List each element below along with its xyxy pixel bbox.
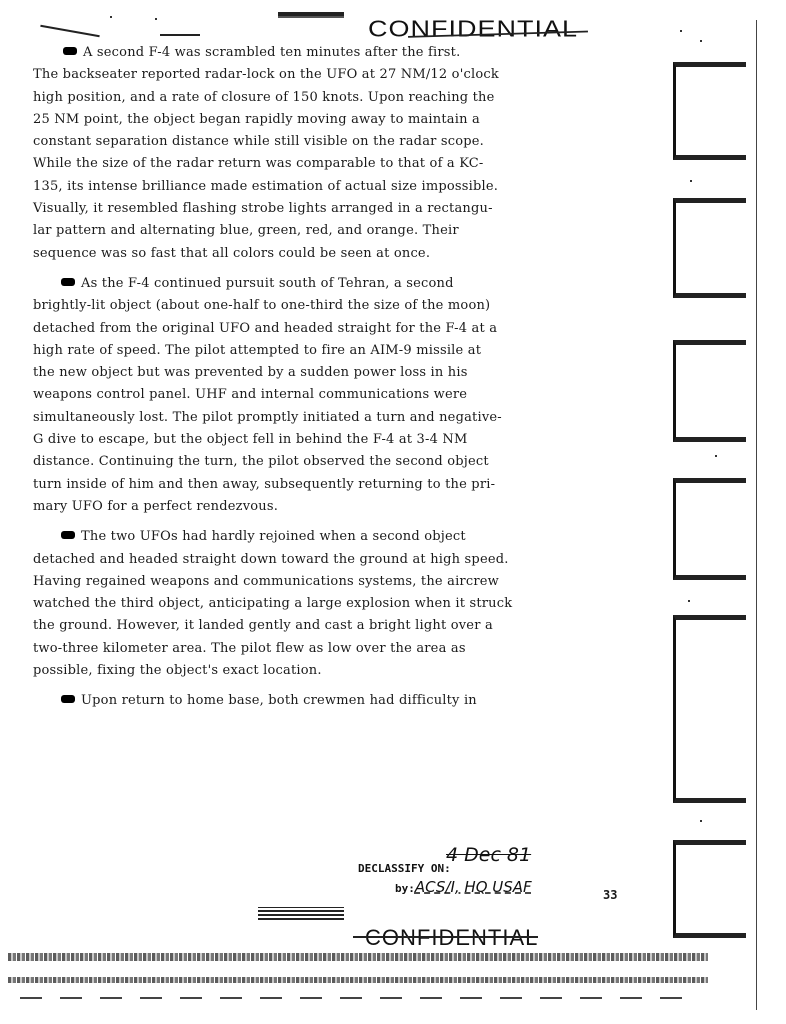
declassify-label: DECLASSIFY ON:: [358, 862, 451, 875]
margin-film-frame: [673, 62, 746, 160]
text-line: 135, its intense brilliance made estimat…: [33, 176, 573, 198]
text-line: simultaneously lost. The pilot promptly …: [33, 407, 573, 429]
text-line: high position, and a rate of closure of …: [33, 87, 573, 109]
text-line: The two UFOs had hardly rejoined when a …: [33, 526, 573, 548]
scan-speck: [715, 455, 717, 457]
text-line: The backseater reported radar-lock on th…: [33, 64, 573, 86]
redacted-header-marking: [278, 12, 344, 16]
scan-speck: [110, 16, 112, 18]
redaction-mark-icon: [61, 531, 75, 539]
text-line: 25 NM point, the object began rapidly mo…: [33, 109, 573, 131]
margin-film-frame: [673, 478, 746, 580]
paragraph-2: As the F-4 continued pursuit south of Te…: [33, 273, 573, 518]
margin-film-frame: [673, 198, 746, 298]
text-line: distance. Continuing the turn, the pilot…: [33, 451, 573, 473]
text-line: weapons control panel. UHF and internal …: [33, 384, 573, 406]
paragraph-3: The two UFOs had hardly rejoined when a …: [33, 526, 573, 682]
paragraph-4: Upon return to home base, both crewmen h…: [33, 690, 573, 712]
handwritten-authority: ACS/I, HQ USAF: [415, 878, 532, 896]
text-line: Upon return to home base, both crewmen h…: [33, 690, 573, 712]
margin-film-frame: [673, 615, 746, 803]
text-line: watched the third object, anticipating a…: [33, 593, 573, 615]
text-line: Having regained weapons and communicatio…: [33, 571, 573, 593]
text-line: A second F-4 was scrambled ten minutes a…: [33, 42, 573, 64]
scan-speck: [700, 820, 702, 822]
text-line: Visually, it resembled flashing strobe l…: [33, 198, 573, 220]
text-line: G dive to escape, but the object fell in…: [33, 429, 573, 451]
text-line: turn inside of him and then away, subseq…: [33, 474, 573, 496]
by-label: by:: [395, 882, 415, 895]
scan-speck: [688, 600, 690, 602]
margin-film-frame: [673, 840, 746, 938]
scan-artifact-band: [8, 977, 708, 983]
scan-speck: [680, 30, 682, 32]
text-line: two-three kilometer area. The pilot flew…: [33, 638, 573, 660]
classification-stamp-top: CONFIDENTIAL: [368, 16, 578, 42]
paragraph-1: A second F-4 was scrambled ten minutes a…: [33, 42, 573, 265]
redacted-footer-marking: [258, 907, 344, 920]
text-line: lar pattern and alternating blue, green,…: [33, 220, 573, 242]
handwritten-date: 4 Dec 81: [446, 844, 531, 866]
margin-film-frame: [673, 340, 746, 442]
redaction-mark-icon: [61, 695, 75, 703]
scan-speck: [690, 180, 692, 182]
classification-stamp-bottom: CONFIDENTIAL: [365, 925, 538, 951]
text-line: detached from the original UFO and heade…: [33, 318, 573, 340]
margin-edge-line: [756, 20, 757, 1010]
text-line: possible, fixing the object's exact loca…: [33, 660, 573, 682]
document-page: CONFIDENTIAL A second F-4 was scrambled …: [0, 0, 786, 1024]
text-line: detached and headed straight down toward…: [33, 549, 573, 571]
scan-speck: [155, 18, 157, 20]
text-line: sequence was so fast that all colors cou…: [33, 243, 573, 265]
scan-speck: [700, 40, 702, 42]
redaction-mark-icon: [61, 278, 75, 286]
text-line: the ground. However, it landed gently an…: [33, 615, 573, 637]
scan-artifact: [40, 25, 99, 37]
page-number: 33: [603, 888, 617, 902]
text-line: constant separation distance while still…: [33, 131, 573, 153]
text-line: high rate of speed. The pilot attempted …: [33, 340, 573, 362]
text-line: brightly-lit object (about one-half to o…: [33, 295, 573, 317]
text-line: While the size of the radar return was c…: [33, 153, 573, 175]
text-line: mary UFO for a perfect rendezvous.: [33, 496, 573, 518]
text-line: As the F-4 continued pursuit south of Te…: [33, 273, 573, 295]
scan-artifact-line: [20, 997, 700, 999]
declassify-stamp: 4 Dec 81 DECLASSIFY ON: by:ACS/I, HQ USA…: [358, 862, 532, 896]
scan-artifact-band: [8, 953, 708, 961]
document-body: A second F-4 was scrambled ten minutes a…: [33, 42, 573, 721]
redaction-mark-icon: [63, 47, 77, 55]
scan-artifact: [160, 34, 200, 36]
text-line: the new object but was prevented by a su…: [33, 362, 573, 384]
